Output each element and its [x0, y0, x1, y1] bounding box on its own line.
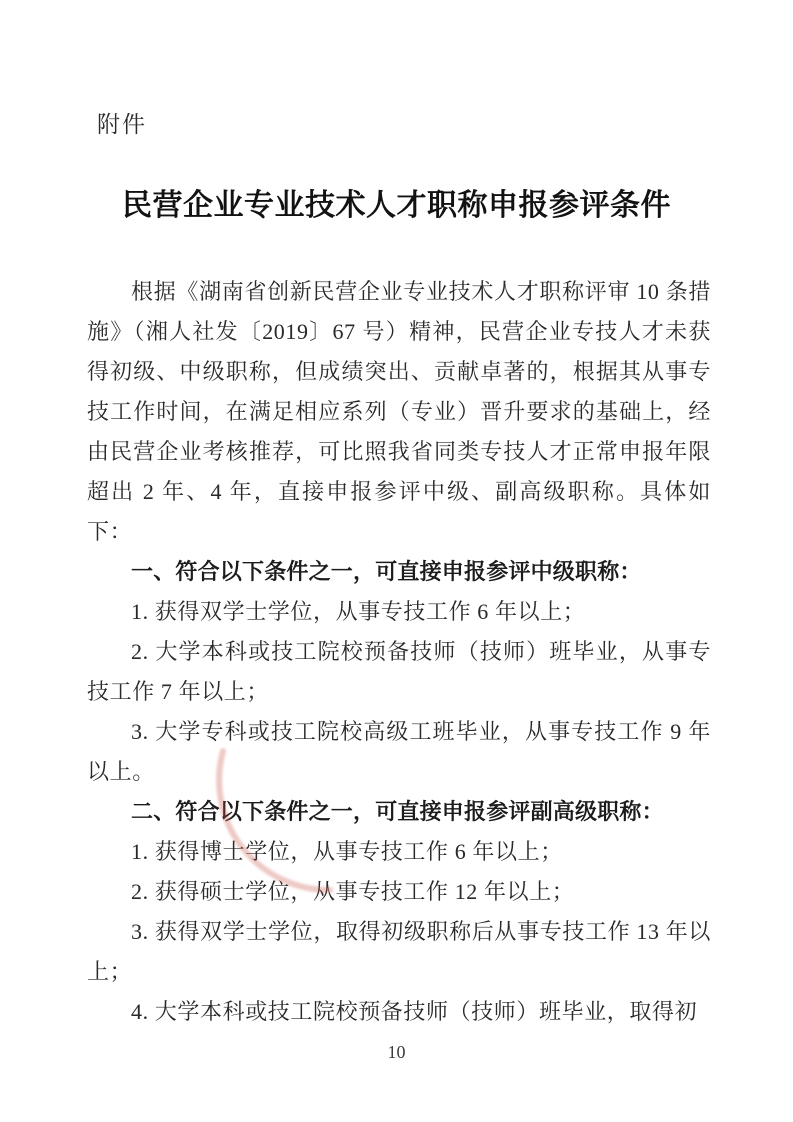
section2-heading: 二、符合以下条件之一，可直接申报参评副高级职称： — [87, 792, 711, 832]
section1-item-3: 3. 大学专科或技工院校高级工班毕业，从事专技工作 9 年以上。 — [87, 712, 711, 792]
section2-item-3: 3. 获得双学士学位，取得初级职称后从事专技工作 13 年以上； — [87, 912, 711, 992]
section2-item-1: 1. 获得博士学位，从事专技工作 6 年以上； — [87, 832, 711, 872]
section1-heading: 一、符合以下条件之一，可直接申报参评中级职称： — [87, 552, 711, 592]
document-body: 根据《湖南省创新民营企业专业技术人才职称评审 10 条措施》（湘人社发〔2019… — [87, 272, 711, 1032]
page-number: 10 — [0, 1042, 793, 1063]
section1-item-1: 1. 获得双学士学位，从事专技工作 6 年以上； — [87, 592, 711, 632]
document-title: 民营企业专业技术人才职称申报参评条件 — [0, 180, 793, 224]
document-page: 附件 民营企业专业技术人才职称申报参评条件 根据《湖南省创新民营企业专业技术人才… — [0, 0, 793, 1122]
section2-item-4: 4. 大学本科或技工院校预备技师（技师）班毕业，取得初 — [87, 992, 711, 1032]
section1-item-2: 2. 大学本科或技工院校预备技师（技师）班毕业，从事专技工作 7 年以上； — [87, 632, 711, 712]
attachment-label: 附件 — [97, 106, 147, 139]
intro-paragraph: 根据《湖南省创新民营企业专业技术人才职称评审 10 条措施》（湘人社发〔2019… — [87, 272, 711, 552]
section2-item-2: 2. 获得硕士学位，从事专技工作 12 年以上； — [87, 872, 711, 912]
